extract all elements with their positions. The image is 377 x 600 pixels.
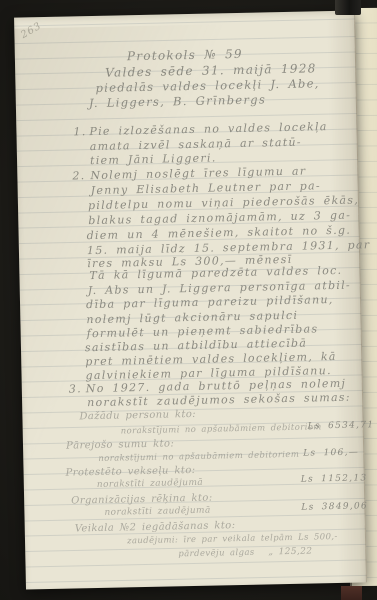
handwriting-line: 2. [72, 170, 85, 181]
handwriting-line: pārdevēju algas [178, 549, 255, 559]
handwriting-line: zaudējumi: īre par veikala telpām Ls 500… [127, 533, 338, 546]
handwriting-line: tiem Jāni Liggeri. [90, 152, 217, 166]
handwriting-line: Protestēto vekseļu kto: [66, 466, 196, 479]
handwriting-line: 3. [69, 383, 82, 394]
handwriting-line: Pie izlozēšanas no valdes locekļa [89, 121, 327, 137]
handwriting-line: dība par līguma pareizu pildīšanu, [86, 294, 334, 310]
handwriting-line: Nolemj noslēgt īres līgumu ar [90, 166, 306, 182]
handwriting-line: Organizācijas rēķina kto: [71, 494, 213, 507]
binding-clamp [335, 0, 361, 15]
handwriting-line: Ls 1152,13 [301, 474, 368, 484]
handwriting-line: Ls 6534,71 [308, 421, 375, 431]
handwriting-line: piedalās valdes locekļi J. Abe, [95, 78, 319, 94]
handwriting-line: Protokols № 59 [127, 48, 243, 62]
handwriting-line: Ls 106,— [303, 449, 359, 459]
notebook-page: 263 Protokols № 59Valdes sēde 31. maijā … [14, 10, 367, 589]
handwriting-line: norakstīti zaudējumā [97, 479, 203, 490]
handwriting-line: norakstīti zaudējumā [104, 507, 210, 518]
handwriting-line: Pārejošo sumu kto: [66, 439, 174, 451]
handwriting-line: Dažādu personu kto: [79, 410, 196, 422]
handwriting-line: Veikala №2 iegādāšanas kto: [75, 521, 236, 534]
photo-background: 263 Protokols № 59Valdes sēde 31. maijā … [0, 0, 377, 600]
handwriting-line: Jenny Elisabeth Leutner par pa- [91, 180, 321, 196]
handwriting-line: 1. [73, 126, 86, 137]
red-bookmark-tab [341, 586, 362, 600]
handwritten-text-layer: Protokols № 59Valdes sēde 31. maijā 1928… [14, 11, 366, 590]
handwriting-line: norakstījumi no apšaubāmiem debitoriem [121, 423, 322, 436]
handwriting-line: J. Liggers, B. Grīnbergs [89, 94, 266, 109]
handwriting-line: amata izvēl saskaņā ar statū- [90, 137, 302, 152]
handwriting-line: „ 125,22 [268, 548, 312, 558]
handwriting-line: norakstījumi no apšaubāmiem debitoriem [98, 451, 299, 464]
handwriting-line: Ls 3849,06 [301, 502, 368, 512]
